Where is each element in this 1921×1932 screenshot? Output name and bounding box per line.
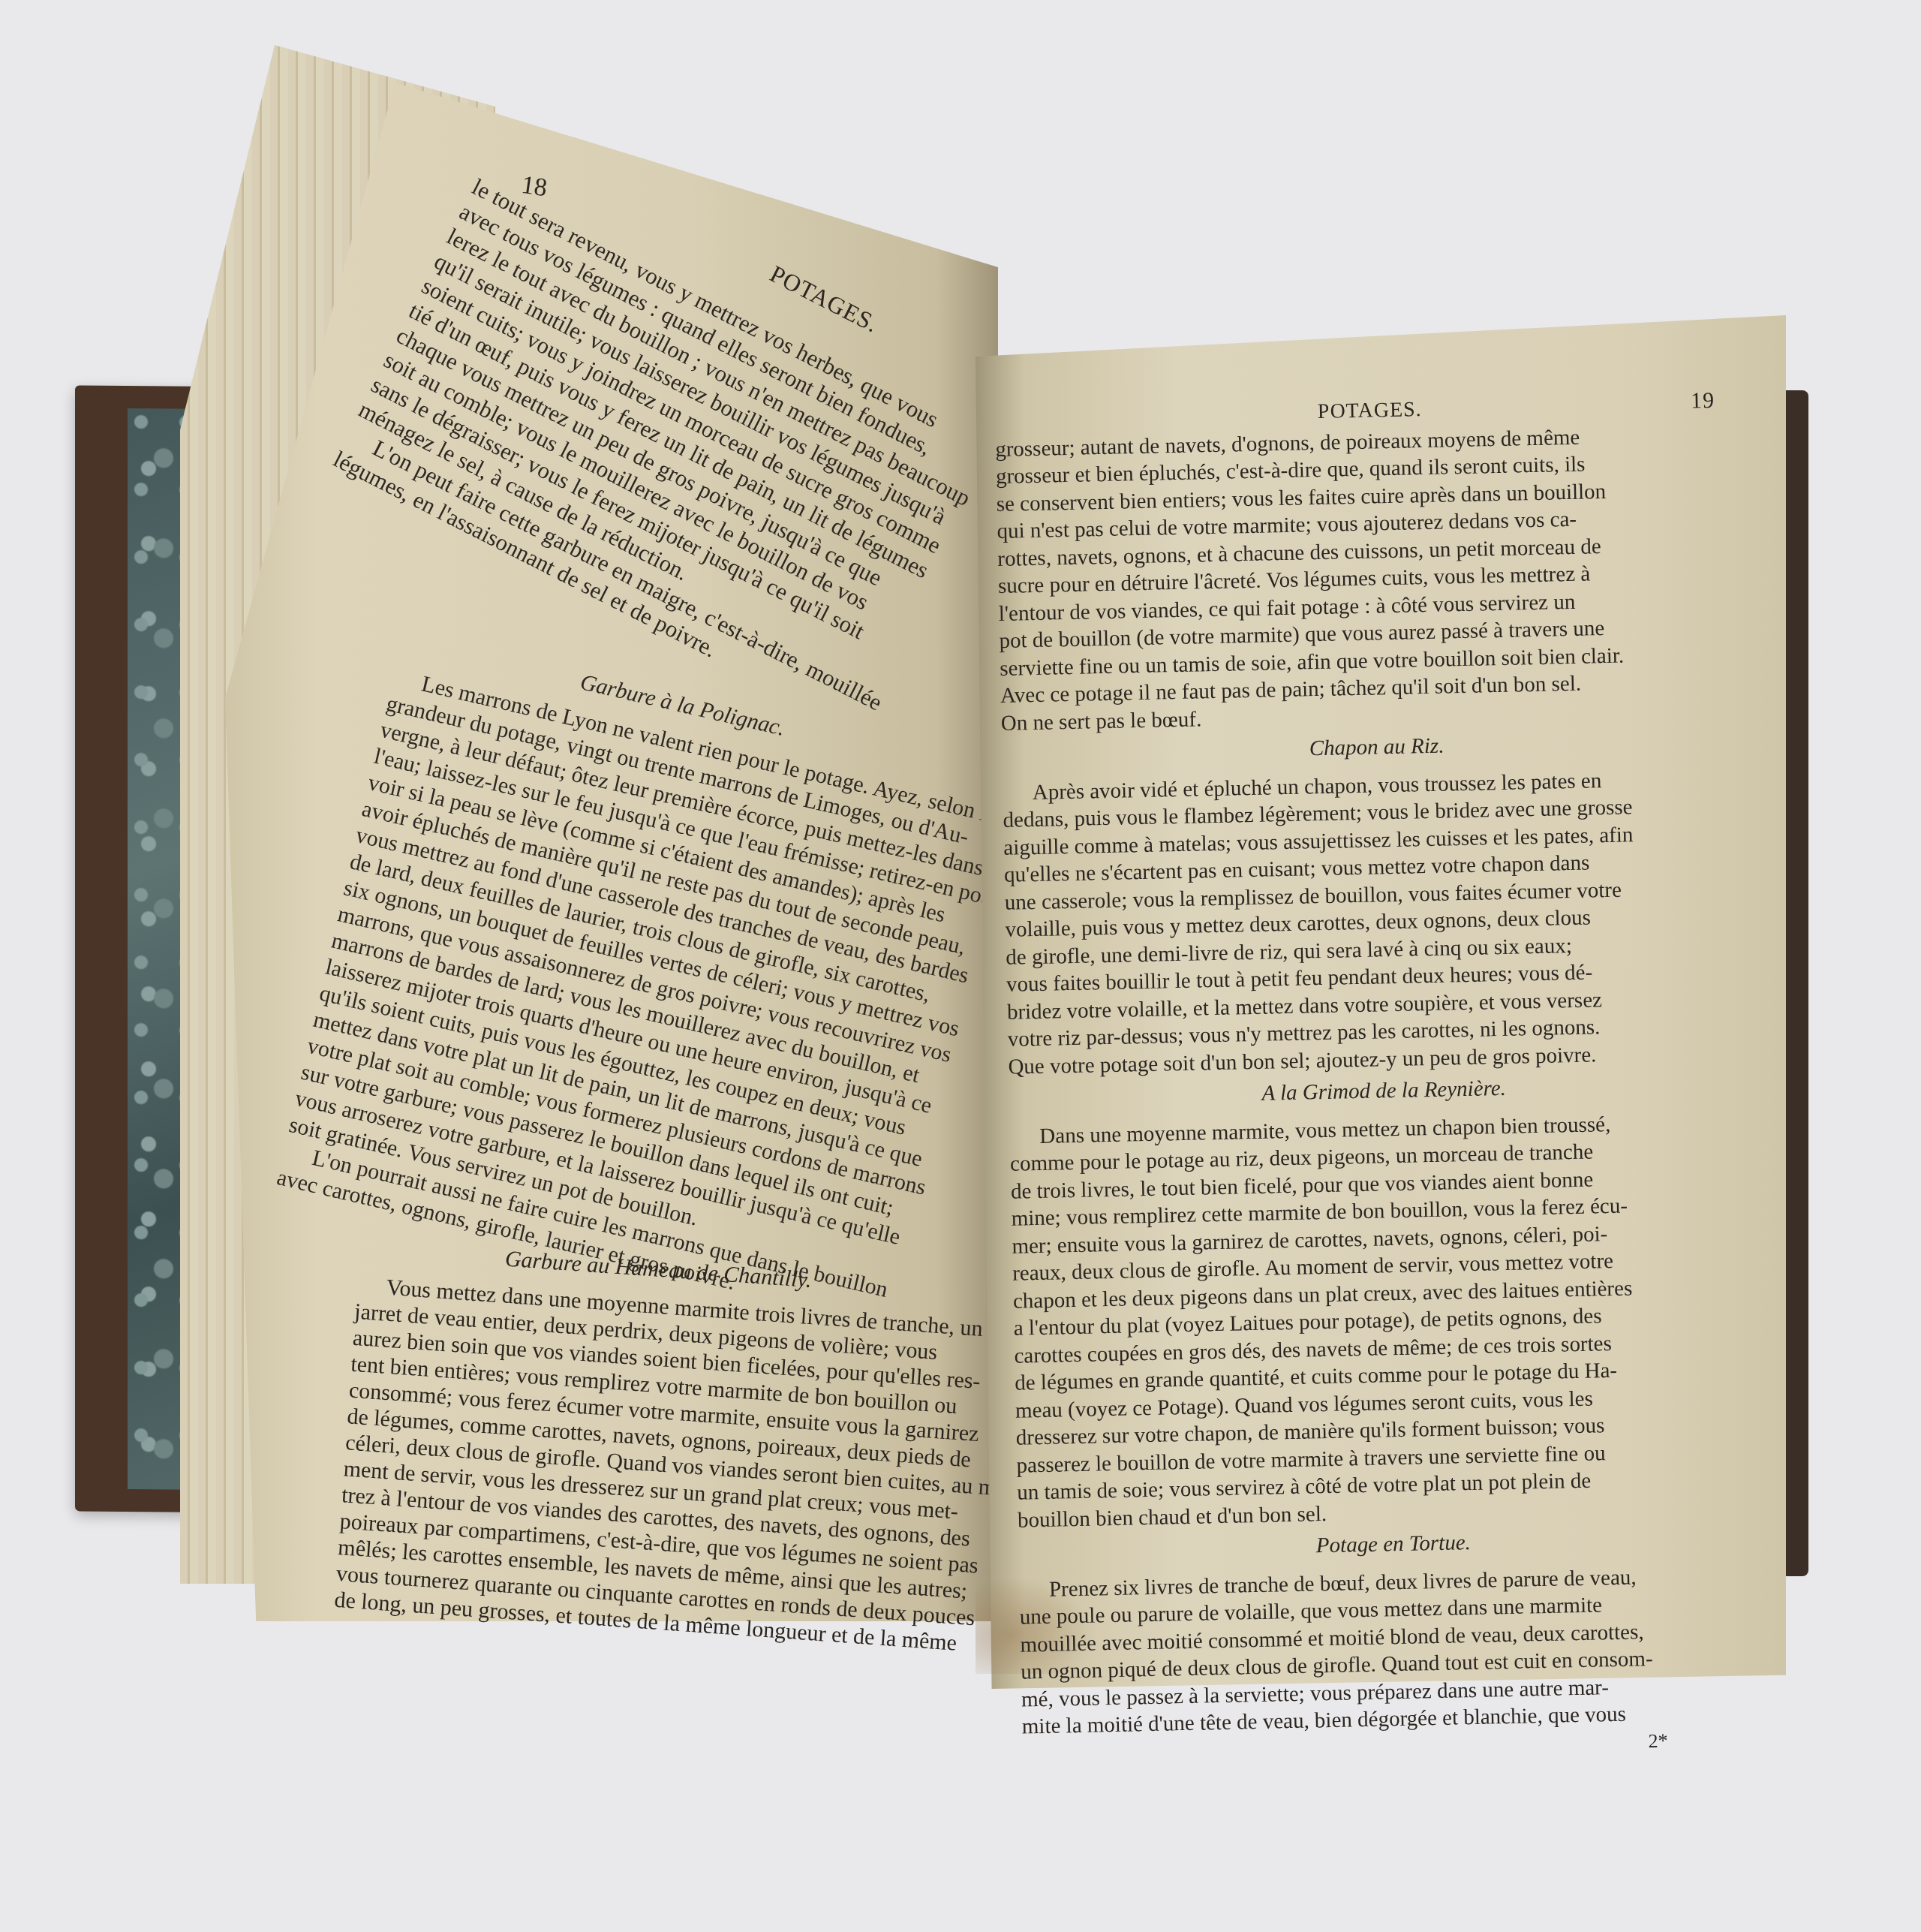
right-page-text: POTAGES. 19 grosseur; autant de navets, … xyxy=(994,390,1773,1768)
right-page-number: 19 xyxy=(1691,387,1715,415)
left-page-chantilly-section: Garbure au Hameau de Chantilly. Vous met… xyxy=(333,1231,959,1655)
running-head-label: POTAGES. xyxy=(1318,398,1422,423)
photo-scene: 18 POTAGES. le tout sera revenu, vous y … xyxy=(0,0,1921,1932)
